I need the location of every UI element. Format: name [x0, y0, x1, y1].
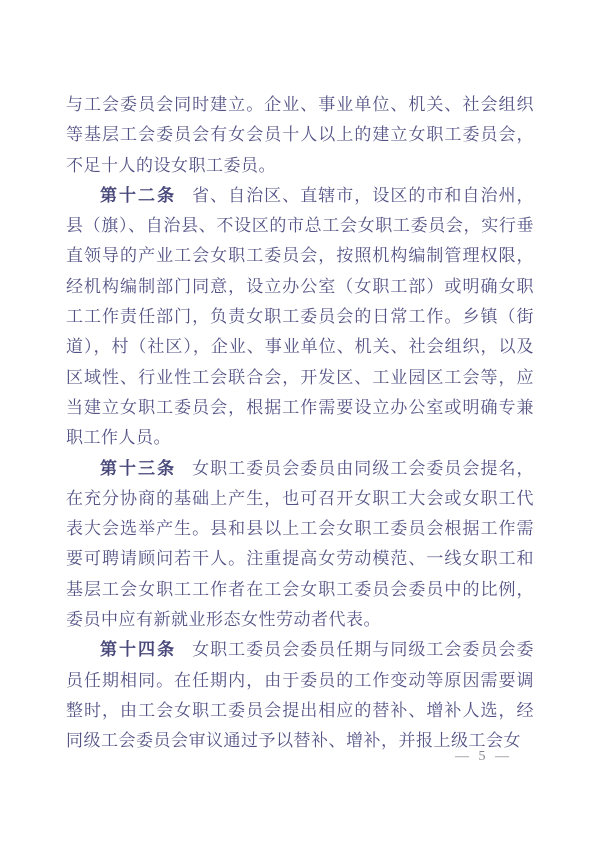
document-body: 与工会委员会同时建立。企业、事业单位、机关、社会组织等基层工会委员会有女会员十人… — [66, 90, 534, 757]
paragraph: 第十二条省、自治区、直辖市，设区的市和自治州，县（旗）、自治县、不设区的市总工会… — [66, 181, 534, 454]
article-heading: 第十二条 — [100, 186, 176, 205]
page-number: — 5 — — [455, 749, 512, 765]
paragraph-text: 女职工委员会委员由同级工会委员会提名，在充分协商的基础上产生，也可召开女职工大会… — [66, 459, 534, 629]
article-heading: 第十四条 — [100, 640, 176, 659]
paragraph-text: 与工会委员会同时建立。企业、事业单位、机关、社会组织等基层工会委员会有女会员十人… — [66, 95, 534, 175]
article-heading: 第十三条 — [100, 459, 176, 478]
document-page: 与工会委员会同时建立。企业、事业单位、机关、社会组织等基层工会委员会有女会员十人… — [0, 0, 600, 848]
paragraph-text: 省、自治区、直辖市，设区的市和自治州，县（旗）、自治县、不设区的市总工会女职工委… — [66, 186, 534, 447]
paragraph: 与工会委员会同时建立。企业、事业单位、机关、社会组织等基层工会委员会有女会员十人… — [66, 90, 534, 181]
paragraph: 第十三条女职工委员会委员由同级工会委员会提名，在充分协商的基础上产生，也可召开女… — [66, 454, 534, 636]
paragraph: 第十四条女职工委员会委员任期与同级工会委员会委员任期相同。在任期内，由于委员的工… — [66, 635, 534, 756]
